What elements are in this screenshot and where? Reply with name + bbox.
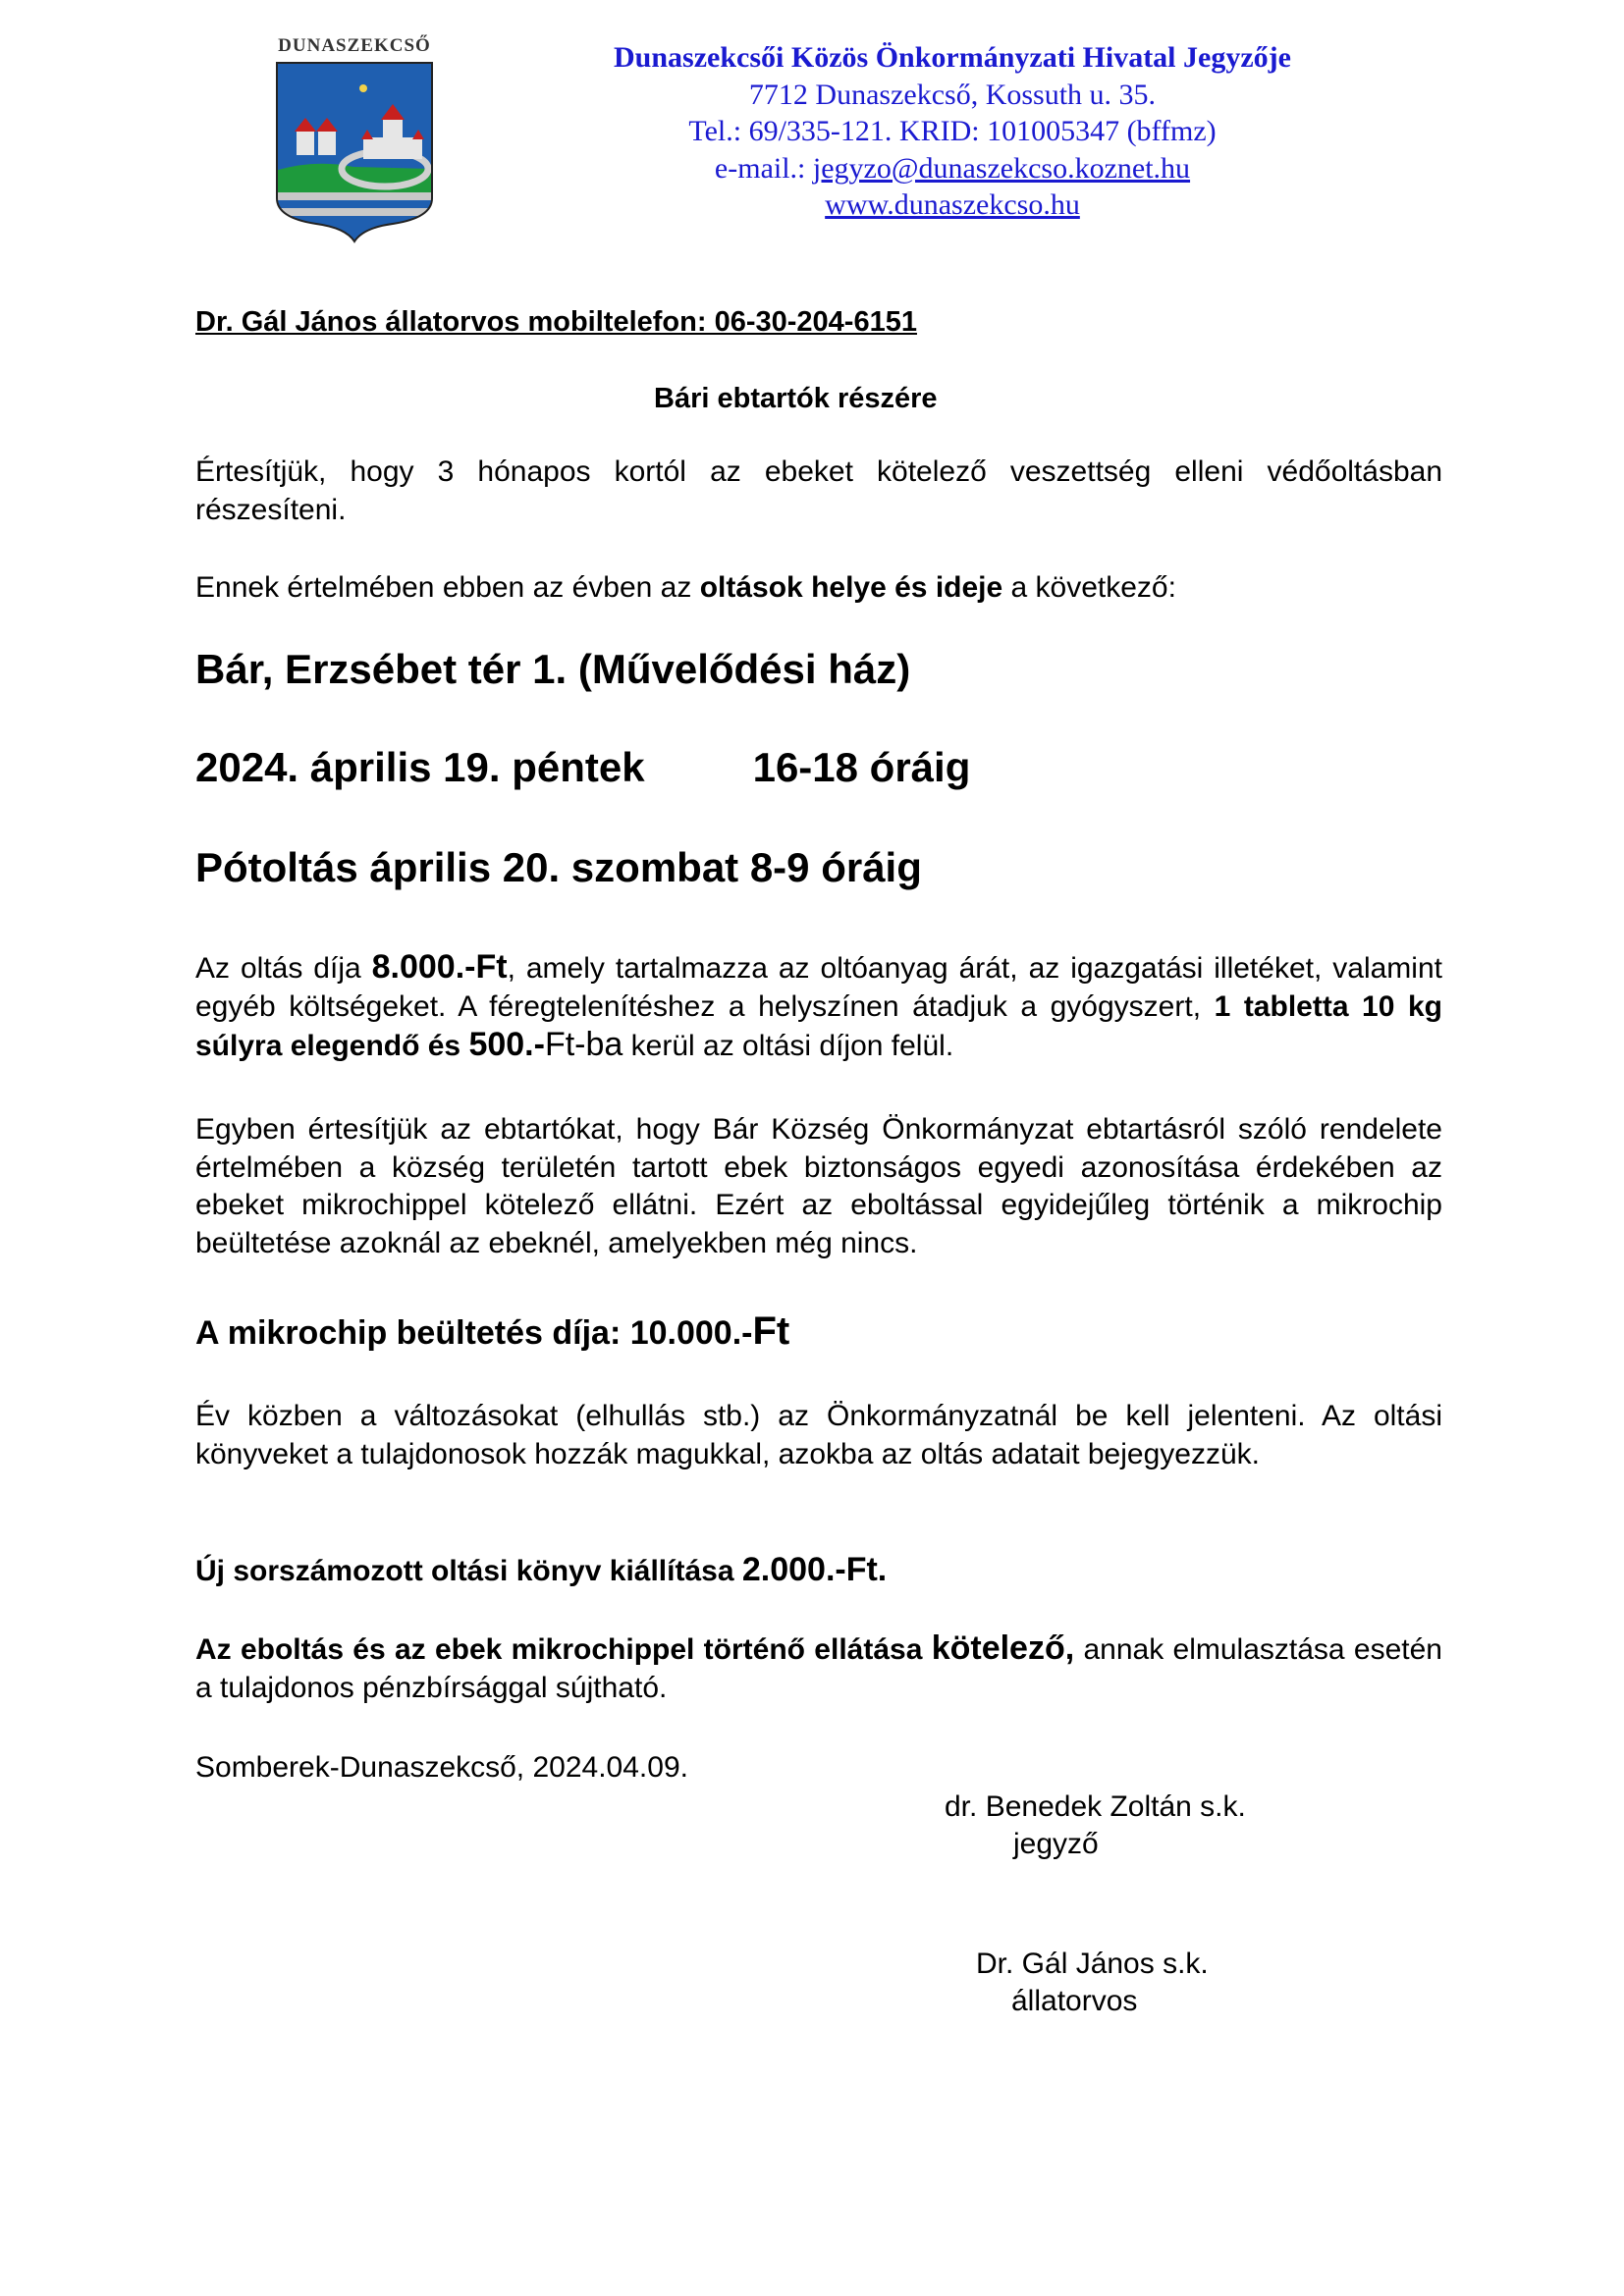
fee-paragraph: Az oltás díja 8.000.-Ft, amely tartalmaz…	[195, 948, 1442, 1066]
vaccination-location: Bár, Erzsébet tér 1. (Művelődési ház)	[195, 646, 910, 693]
coat-of-arms: DUNASZEKCSŐ	[271, 35, 438, 243]
email-link[interactable]: jegyzo@dunaszekcso.koznet.hu	[813, 152, 1190, 185]
microchip-paragraph: Egyben értesítjük az ebtartókat, hogy Bá…	[195, 1111, 1442, 1262]
vet-phone-heading: Dr. Gál János állatorvos mobiltelefon: 0…	[195, 306, 917, 339]
office-address: 7712 Dunaszekcső, Kossuth u. 35.	[550, 77, 1355, 114]
mandatory-text: Az eboltás és az ebek mikrochippel törté…	[195, 1633, 932, 1666]
signature-name: Dr. Gál János s.k.	[976, 1946, 1209, 1983]
audience-heading: Bári ebtartók részére	[654, 383, 938, 415]
schedule-intro-end: a következő:	[1002, 571, 1176, 604]
coat-of-arms-icon	[275, 61, 434, 243]
signature-role: állatorvos	[976, 1983, 1209, 2020]
office-title: Dunaszekcsői Közös Önkormányzati Hivatal…	[550, 39, 1355, 77]
schedule-intro: Ennek értelmében ebben az évben az oltás…	[195, 569, 1176, 607]
new-book-label: Új sorszámozott oltási könyv kiállítása	[195, 1555, 742, 1587]
fee-text-end: kerül az oltási díjon felül.	[623, 1030, 953, 1062]
document-page: DUNASZEKCSŐ	[0, 0, 1624, 2296]
deworming-price: 500.-	[468, 1026, 545, 1063]
place-and-date: Somberek-Dunaszekcső, 2024.04.09.	[195, 1749, 688, 1787]
makeup-date: Pótoltás április 20. szombat 8-9 óráig	[195, 844, 922, 891]
signature-notary: dr. Benedek Zoltán s.k. jegyző	[945, 1789, 1246, 1863]
website-link[interactable]: www.dunaszekcso.hu	[825, 188, 1080, 221]
intro-paragraph: Értesítjük, hogy 3 hónapos kortól az ebe…	[195, 454, 1442, 529]
mandatory-paragraph: Az eboltás és az ebek mikrochippel törté…	[195, 1629, 1442, 1707]
mandatory-word: kötelező,	[932, 1629, 1074, 1667]
crest-town-name: DUNASZEKCSŐ	[271, 35, 438, 57]
microchip-fee-label: A mikrochip beültetés díja: 10.000.-	[195, 1314, 752, 1352]
office-phone: Tel.: 69/335-121. KRID: 101005347 (bffmz…	[550, 113, 1355, 150]
office-email-line: e-mail.: jegyzo@dunaszekcso.koznet.hu	[550, 150, 1355, 187]
new-book-price: 2.000.-Ft.	[742, 1551, 887, 1588]
fee-text: Az oltás díja	[195, 952, 372, 985]
vaccination-time: 16-18 óráig	[753, 744, 971, 790]
schedule-intro-bold: oltások helye és ideje	[700, 571, 1002, 604]
new-book-fee: Új sorszámozott oltási könyv kiállítása …	[195, 1551, 887, 1590]
signature-role: jegyző	[945, 1826, 1246, 1863]
letterhead: Dunaszekcsői Közös Önkormányzati Hivatal…	[550, 39, 1355, 224]
schedule-intro-text: Ennek értelmében ebben az évben az	[195, 571, 700, 604]
changes-paragraph: Év közben a változásokat (elhullás stb.)…	[195, 1398, 1442, 1473]
fee-amount: 8.000.-Ft	[372, 948, 508, 986]
vaccination-date-line: 2024. április 19. péntek16-18 óráig	[195, 744, 970, 791]
microchip-fee: A mikrochip beültetés díja: 10.000.-Ft	[195, 1309, 789, 1354]
deworming-price-unit: Ft-ba	[545, 1026, 623, 1063]
microchip-fee-unit: Ft	[752, 1309, 789, 1353]
signature-name: dr. Benedek Zoltán s.k.	[945, 1789, 1246, 1826]
vaccination-date: 2024. április 19. péntek	[195, 744, 645, 790]
signature-vet: Dr. Gál János s.k. állatorvos	[976, 1946, 1209, 2020]
email-label: e-mail.:	[715, 152, 813, 185]
